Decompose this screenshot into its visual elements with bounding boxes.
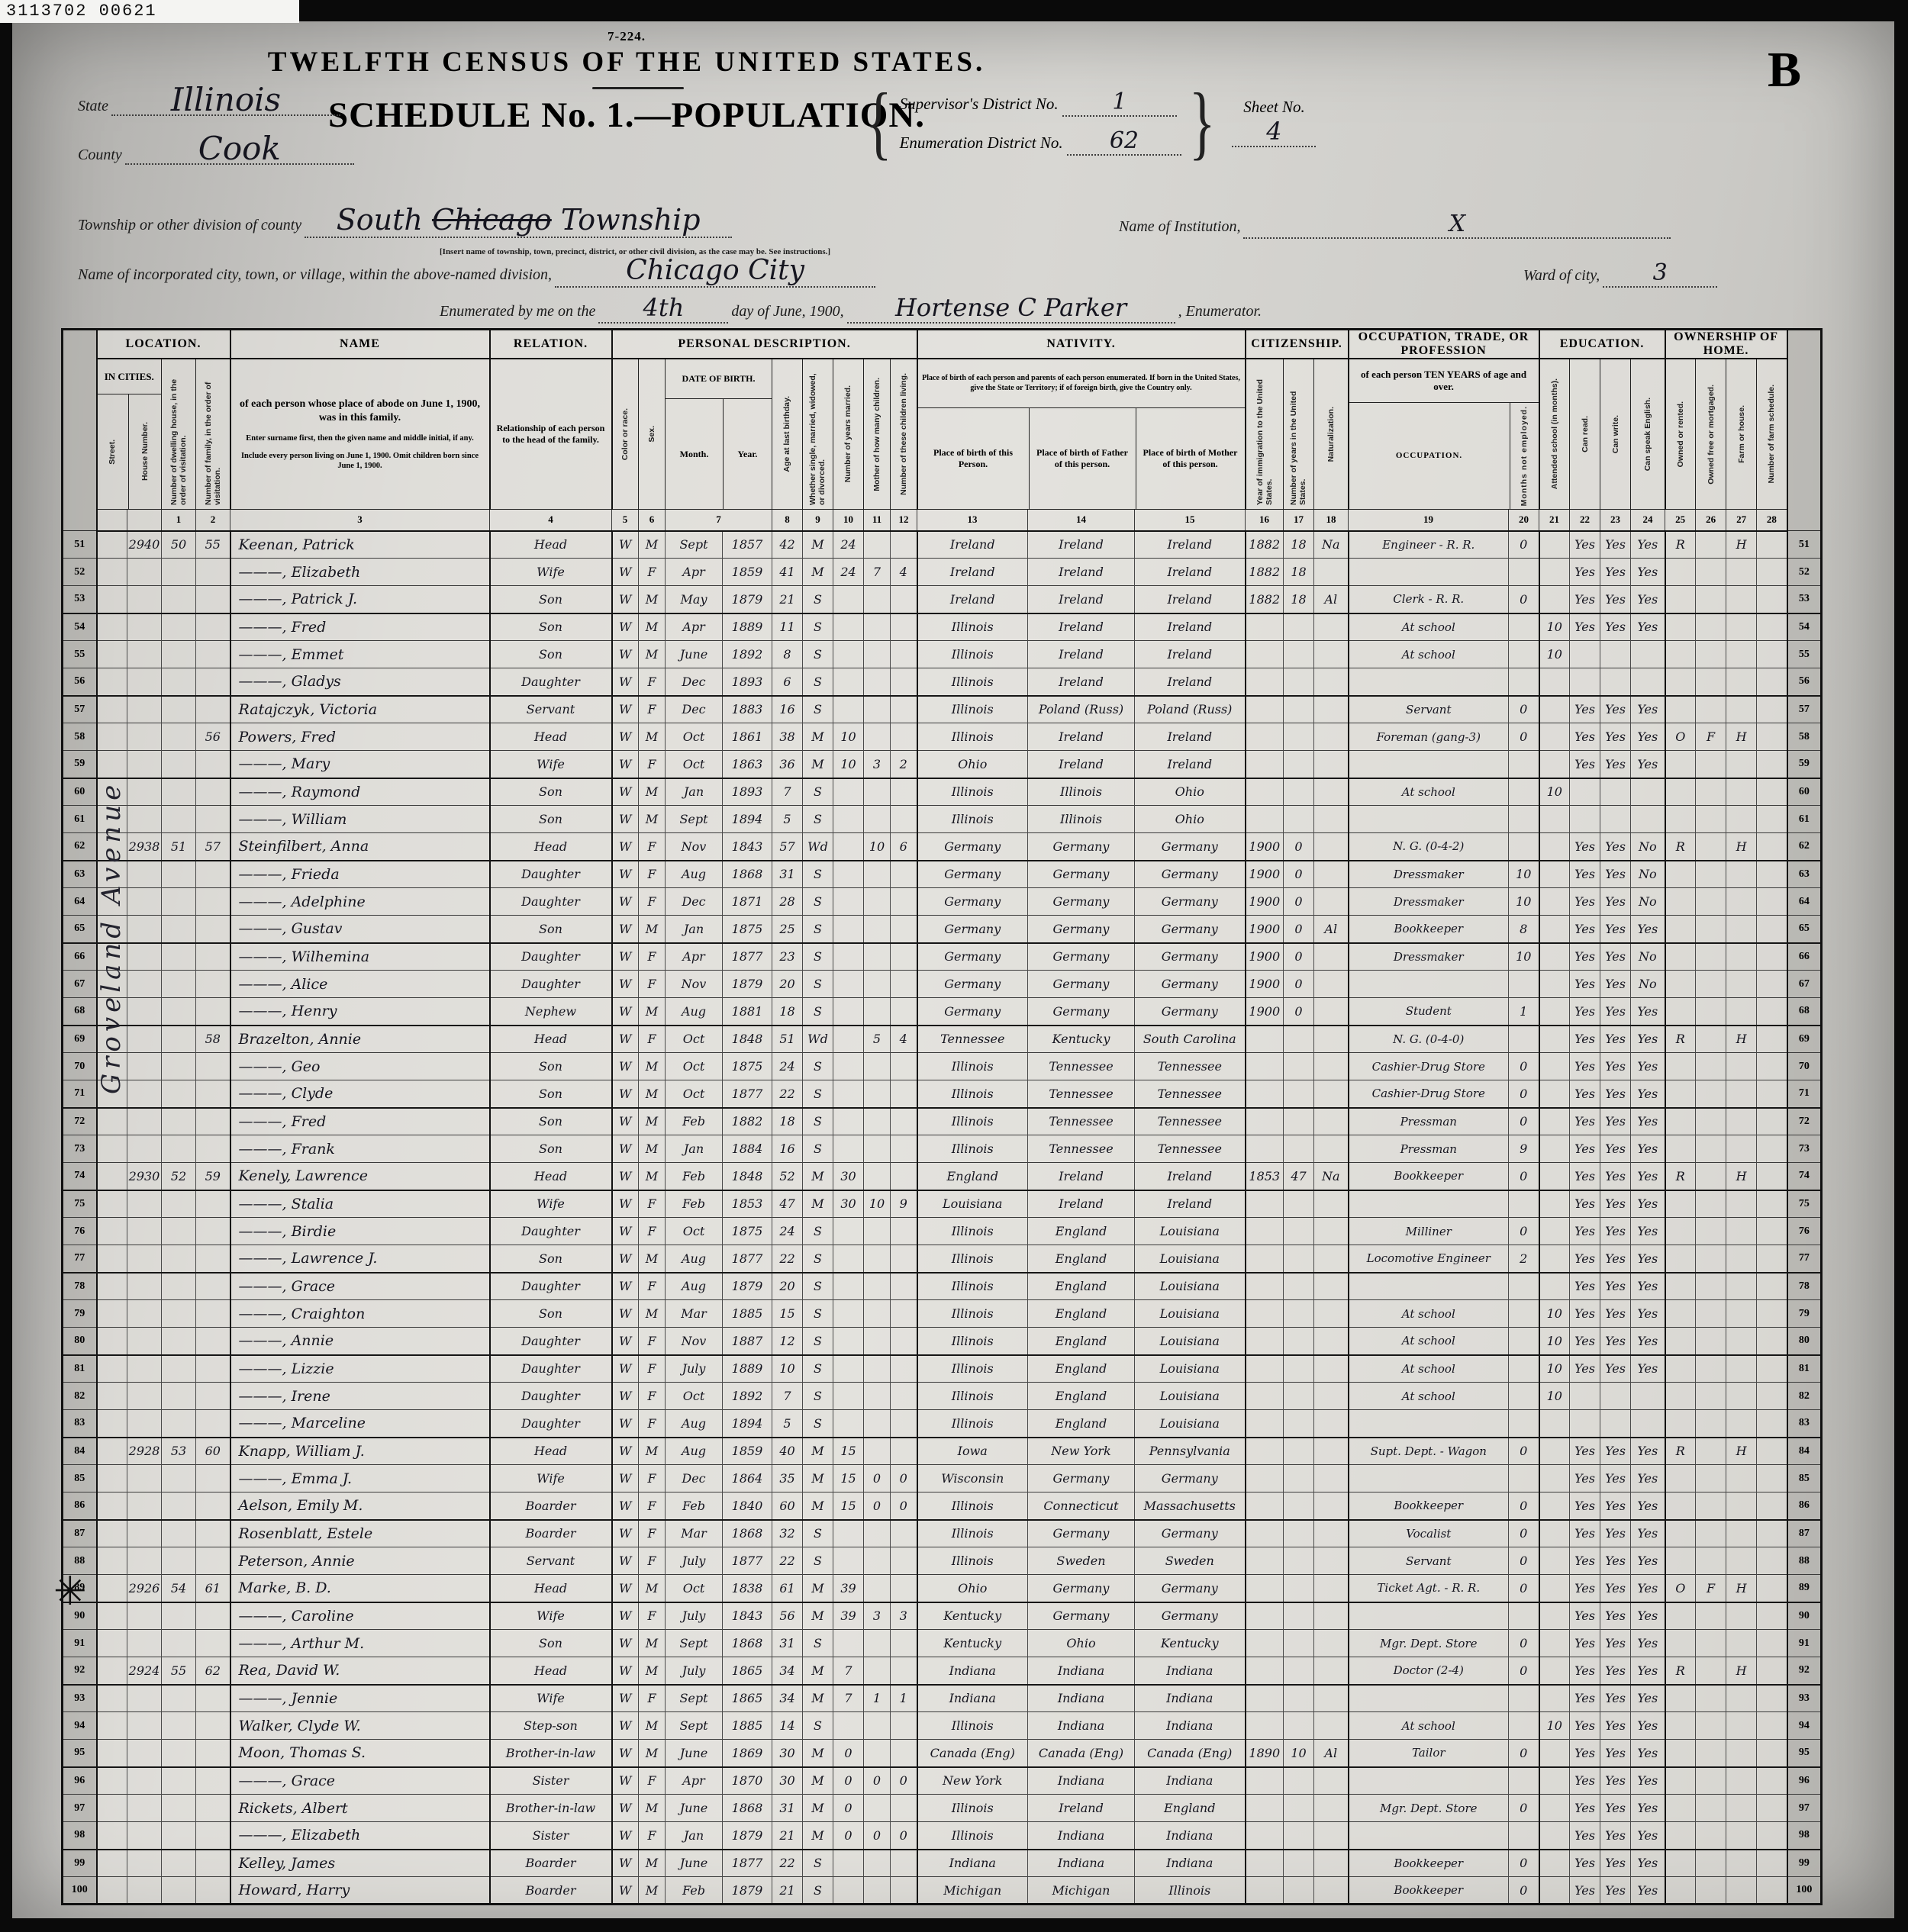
cell-hn bbox=[127, 1547, 162, 1575]
cell-yr: 1893 bbox=[723, 668, 772, 696]
cell-of bbox=[1696, 641, 1726, 668]
cell-yu bbox=[1284, 641, 1314, 668]
row-number-right: 81 bbox=[1787, 1355, 1822, 1383]
cell-yi bbox=[1246, 1547, 1284, 1575]
cell-ym bbox=[833, 1135, 864, 1163]
cell-rl: Daughter bbox=[490, 971, 612, 998]
cell-ow: R bbox=[1665, 1438, 1696, 1465]
cell-yi bbox=[1246, 778, 1284, 806]
cell-en: Yes bbox=[1631, 1300, 1665, 1328]
cell-yr: 1857 bbox=[723, 531, 772, 559]
cell-ym bbox=[833, 1355, 864, 1383]
cell-wr: Yes bbox=[1600, 1465, 1631, 1492]
table-row: 72———, FredSonWMFeb188218SIllinoisTennes… bbox=[63, 1108, 1822, 1135]
cell-yr: 1875 bbox=[723, 916, 772, 943]
supervisor-district-label: Supervisor's District No. bbox=[900, 95, 1059, 113]
name-desc-2: Enter surname first, then the given name… bbox=[239, 433, 482, 443]
page-header: 7-224. TWELFTH CENSUS OF THE UNITED STAT… bbox=[12, 21, 1894, 328]
cell-rc: W bbox=[612, 1547, 639, 1575]
cell-fs bbox=[1757, 1575, 1787, 1602]
cell-ag: 21 bbox=[772, 1877, 803, 1905]
cell-nm: Keenan, Patrick bbox=[230, 531, 490, 559]
cell-mn: 0 bbox=[1509, 586, 1539, 613]
cell-mn bbox=[1509, 751, 1539, 778]
cell-fam bbox=[196, 696, 230, 723]
cell-ym bbox=[833, 1520, 864, 1547]
cell-oc: At school bbox=[1349, 1712, 1509, 1740]
sheet-number-value: 4 bbox=[1266, 117, 1281, 146]
cell-oc: Bookkeeper bbox=[1349, 1163, 1509, 1190]
cell-mo: Oct bbox=[666, 1080, 723, 1108]
cell-rl: Son bbox=[490, 1108, 612, 1135]
group-location: LOCATION. bbox=[97, 330, 230, 359]
cell-cl bbox=[891, 531, 917, 559]
cell-en: Yes bbox=[1631, 1795, 1665, 1822]
cell-ym: 15 bbox=[833, 1438, 864, 1465]
cell-na bbox=[1314, 1465, 1349, 1492]
cell-mn bbox=[1509, 971, 1539, 998]
cell-mo: Sept bbox=[666, 531, 723, 559]
cell-mb bbox=[864, 1657, 891, 1685]
row-number-left: 100 bbox=[63, 1877, 97, 1905]
cell-fh bbox=[1726, 1410, 1757, 1438]
form-number: 7-224. bbox=[12, 29, 1241, 44]
cell-dw bbox=[162, 1026, 196, 1053]
cell-mo: Feb bbox=[666, 1492, 723, 1520]
table-row: 81———, LizzieDaughterWFJuly188910SIllino… bbox=[63, 1355, 1822, 1383]
cell-hn bbox=[127, 1190, 162, 1218]
row-number-right: 80 bbox=[1787, 1328, 1822, 1355]
cell-rc: W bbox=[612, 1740, 639, 1767]
table-row: 91———, Arthur M.SonWMSept186831SKentucky… bbox=[63, 1630, 1822, 1657]
cell-pf: Ireland bbox=[1028, 613, 1135, 641]
cell-rl: Daughter bbox=[490, 1218, 612, 1245]
cell-ms: S bbox=[803, 971, 833, 998]
cell-dw: 54 bbox=[162, 1575, 196, 1602]
cell-ym bbox=[833, 1245, 864, 1273]
row-number-left: 76 bbox=[63, 1218, 97, 1245]
cell-st bbox=[97, 1877, 127, 1905]
cell-fam bbox=[196, 1630, 230, 1657]
cell-rc: W bbox=[612, 1053, 639, 1080]
cell-sx: M bbox=[639, 1850, 666, 1877]
cell-yr: 1877 bbox=[723, 1547, 772, 1575]
cell-cl bbox=[891, 1657, 917, 1685]
cell-nm: ———, Lawrence J. bbox=[230, 1245, 490, 1273]
cell-yu bbox=[1284, 1630, 1314, 1657]
cell-mn: 0 bbox=[1509, 1053, 1539, 1080]
title-divider bbox=[592, 87, 684, 89]
cell-cl bbox=[891, 1795, 917, 1822]
cell-nm: ———, Elizabeth bbox=[230, 559, 490, 586]
cell-yi: 1900 bbox=[1246, 971, 1284, 998]
cell-pb: Illinois bbox=[917, 1053, 1028, 1080]
cell-rc: W bbox=[612, 1245, 639, 1273]
township-label: Township or other division of county bbox=[78, 217, 301, 233]
cell-nm: Powers, Fred bbox=[230, 723, 490, 751]
cell-pf: Germany bbox=[1028, 971, 1135, 998]
cell-sc bbox=[1539, 1850, 1570, 1877]
cell-fs bbox=[1757, 916, 1787, 943]
cell-sc bbox=[1539, 751, 1570, 778]
cell-yu: 10 bbox=[1284, 1740, 1314, 1767]
cell-wr: Yes bbox=[1600, 531, 1631, 559]
cell-pm: Louisiana bbox=[1135, 1300, 1246, 1328]
cell-yi bbox=[1246, 1712, 1284, 1740]
cell-pf: Michigan bbox=[1028, 1877, 1135, 1905]
cell-pf: Germany bbox=[1028, 1465, 1135, 1492]
cell-pf: Ohio bbox=[1028, 1630, 1135, 1657]
cell-mn: 10 bbox=[1509, 861, 1539, 888]
cell-ow bbox=[1665, 1218, 1696, 1245]
cell-rd: Yes bbox=[1570, 1218, 1600, 1245]
cell-na bbox=[1314, 1080, 1349, 1108]
archive-stamp: 3113702 00621 bbox=[0, 0, 299, 23]
cell-yr: 1889 bbox=[723, 1355, 772, 1383]
cell-fh bbox=[1726, 916, 1757, 943]
cell-pb: Illinois bbox=[917, 1822, 1028, 1850]
cell-yu bbox=[1284, 1822, 1314, 1850]
cell-hn bbox=[127, 806, 162, 833]
cell-ag: 31 bbox=[772, 861, 803, 888]
cell-nm: Ratajczyk, Victoria bbox=[230, 696, 490, 723]
cell-mb bbox=[864, 806, 891, 833]
cell-rd: Yes bbox=[1570, 1795, 1600, 1822]
cell-hn bbox=[127, 1135, 162, 1163]
group-education: EDUCATION. bbox=[1539, 330, 1665, 359]
cell-mb bbox=[864, 861, 891, 888]
cell-fam bbox=[196, 1300, 230, 1328]
cell-oc: Milliner bbox=[1349, 1218, 1509, 1245]
cell-hn: 2926 bbox=[127, 1575, 162, 1602]
cell-nm: Moon, Thomas S. bbox=[230, 1740, 490, 1767]
cell-of bbox=[1696, 916, 1726, 943]
cell-yr: 1885 bbox=[723, 1712, 772, 1740]
cell-wr: Yes bbox=[1600, 1053, 1631, 1080]
cell-wr: Yes bbox=[1600, 1630, 1631, 1657]
cell-ow bbox=[1665, 1053, 1696, 1080]
cell-en bbox=[1631, 1410, 1665, 1438]
cell-rl: Daughter bbox=[490, 888, 612, 916]
cell-yu bbox=[1284, 668, 1314, 696]
cell-yi: 1900 bbox=[1246, 943, 1284, 971]
cell-of bbox=[1696, 696, 1726, 723]
cell-yi bbox=[1246, 1410, 1284, 1438]
cell-nm: ———, Elizabeth bbox=[230, 1822, 490, 1850]
cell-fs bbox=[1757, 1767, 1787, 1795]
cell-fam bbox=[196, 586, 230, 613]
cell-mo: Aug bbox=[666, 1273, 723, 1300]
cell-mn: 0 bbox=[1509, 1575, 1539, 1602]
table-row: 88Peterson, AnnieServantWFJuly187722SIll… bbox=[63, 1547, 1822, 1575]
cell-pb: Germany bbox=[917, 888, 1028, 916]
cell-rl: Son bbox=[490, 778, 612, 806]
cell-ym: 0 bbox=[833, 1795, 864, 1822]
cell-ym bbox=[833, 1218, 864, 1245]
cell-yi bbox=[1246, 1877, 1284, 1905]
cell-sx: F bbox=[639, 1465, 666, 1492]
cell-yi bbox=[1246, 1026, 1284, 1053]
cell-dw bbox=[162, 1630, 196, 1657]
cell-rc: W bbox=[612, 1438, 639, 1465]
cell-hn bbox=[127, 943, 162, 971]
cell-dw bbox=[162, 1080, 196, 1108]
cell-na bbox=[1314, 943, 1349, 971]
cell-fs bbox=[1757, 1190, 1787, 1218]
cell-pb: Illinois bbox=[917, 1300, 1028, 1328]
cell-cl bbox=[891, 806, 917, 833]
cell-na: Al bbox=[1314, 586, 1349, 613]
header-can-write: Can write. bbox=[1600, 359, 1631, 510]
cell-fh bbox=[1726, 1877, 1757, 1905]
cell-of: F bbox=[1696, 1575, 1726, 1602]
cell-yr: 1881 bbox=[723, 998, 772, 1026]
cell-yu bbox=[1284, 1850, 1314, 1877]
cell-pm: Ohio bbox=[1135, 806, 1246, 833]
cell-rd: Yes bbox=[1570, 1300, 1600, 1328]
cell-yu bbox=[1284, 1602, 1314, 1630]
cell-sx: M bbox=[639, 1053, 666, 1080]
cell-st bbox=[97, 1520, 127, 1547]
group-personal: PERSONAL DESCRIPTION. bbox=[612, 330, 917, 359]
cell-fs bbox=[1757, 943, 1787, 971]
cell-nm: ———, Geo bbox=[230, 1053, 490, 1080]
cell-ms: S bbox=[803, 1080, 833, 1108]
cell-en: Yes bbox=[1631, 1685, 1665, 1712]
row-number-left: 82 bbox=[63, 1383, 97, 1410]
cell-yr: 1843 bbox=[723, 833, 772, 861]
cell-ms: S bbox=[803, 641, 833, 668]
cell-pb: Ireland bbox=[917, 531, 1028, 559]
cell-yu: 0 bbox=[1284, 943, 1314, 971]
cell-of bbox=[1696, 1053, 1726, 1080]
cell-yr: 1848 bbox=[723, 1026, 772, 1053]
cell-ag: 14 bbox=[772, 1712, 803, 1740]
cell-fh bbox=[1726, 1712, 1757, 1740]
cell-sc bbox=[1539, 971, 1570, 998]
cell-of bbox=[1696, 1712, 1726, 1740]
cell-rd: Yes bbox=[1570, 1026, 1600, 1053]
cell-fam bbox=[196, 1602, 230, 1630]
cell-nm: Kelley, James bbox=[230, 1850, 490, 1877]
cell-pf: Germany bbox=[1028, 833, 1135, 861]
cell-oc bbox=[1349, 1602, 1509, 1630]
cell-pm: Sweden bbox=[1135, 1547, 1246, 1575]
cell-mn: 10 bbox=[1509, 943, 1539, 971]
cell-of: F bbox=[1696, 723, 1726, 751]
cell-fh bbox=[1726, 586, 1757, 613]
cell-mb bbox=[864, 1383, 891, 1410]
cell-ow bbox=[1665, 1355, 1696, 1383]
cell-ow bbox=[1665, 751, 1696, 778]
cell-nm: ———, Fred bbox=[230, 613, 490, 641]
cell-dw bbox=[162, 1547, 196, 1575]
cell-hn bbox=[127, 668, 162, 696]
cell-cl bbox=[891, 1383, 917, 1410]
ward-field: Ward of city, 3 bbox=[1523, 259, 1717, 288]
cell-sx: M bbox=[639, 1438, 666, 1465]
row-number-right: 62 bbox=[1787, 833, 1822, 861]
colnum-name: 3 bbox=[230, 510, 490, 531]
cell-sx: F bbox=[639, 1026, 666, 1053]
cell-rc: W bbox=[612, 998, 639, 1026]
table-row: 56———, GladysDaughterWFDec18936SIllinois… bbox=[63, 668, 1822, 696]
cell-hn bbox=[127, 1877, 162, 1905]
cell-cl bbox=[891, 778, 917, 806]
cell-ow: R bbox=[1665, 531, 1696, 559]
cell-rl: Brother-in-law bbox=[490, 1795, 612, 1822]
cell-ms: S bbox=[803, 998, 833, 1026]
cell-of bbox=[1696, 1355, 1726, 1383]
cell-pf: England bbox=[1028, 1300, 1135, 1328]
colnum-age: 8 bbox=[772, 510, 803, 531]
cell-rd: Yes bbox=[1570, 1740, 1600, 1767]
cell-sc bbox=[1539, 668, 1570, 696]
cell-fs bbox=[1757, 1026, 1787, 1053]
cell-fs bbox=[1757, 1465, 1787, 1492]
cell-mb bbox=[864, 1300, 891, 1328]
cell-st bbox=[97, 1547, 127, 1575]
cell-yi bbox=[1246, 1602, 1284, 1630]
cell-fh bbox=[1726, 1383, 1757, 1410]
cell-fh bbox=[1726, 1520, 1757, 1547]
cell-cl bbox=[891, 1877, 917, 1905]
enumerator-name: Hortense C Parker bbox=[895, 293, 1126, 322]
table-row: 94Walker, Clyde W.Step-sonWMSept188514SI… bbox=[63, 1712, 1822, 1740]
cell-ag: 15 bbox=[772, 1300, 803, 1328]
cell-pf: Germany bbox=[1028, 943, 1135, 971]
cell-fh bbox=[1726, 998, 1757, 1026]
cell-fam: 56 bbox=[196, 723, 230, 751]
cell-st bbox=[97, 1383, 127, 1410]
cell-wr: Yes bbox=[1600, 1822, 1631, 1850]
cell-nm: Aelson, Emily M. bbox=[230, 1492, 490, 1520]
cell-pb: Michigan bbox=[917, 1877, 1028, 1905]
cell-yu bbox=[1284, 1438, 1314, 1465]
cell-ag: 7 bbox=[772, 1383, 803, 1410]
in-cities-label: IN CITIES. bbox=[98, 359, 162, 394]
cell-nm: Brazelton, Annie bbox=[230, 1026, 490, 1053]
colnum-dob: 7 bbox=[666, 510, 772, 531]
cell-fh bbox=[1726, 1465, 1757, 1492]
cell-ms: S bbox=[803, 1108, 833, 1135]
cell-of bbox=[1696, 1795, 1726, 1822]
table-row: 85———, Emma J.WifeWFDec186435M1500Wiscon… bbox=[63, 1465, 1822, 1492]
cell-cl bbox=[891, 1520, 917, 1547]
cell-en: Yes bbox=[1631, 1657, 1665, 1685]
cell-yr: 1893 bbox=[723, 778, 772, 806]
table-row: 65———, GustavSonWMJan187525SGermanyGerma… bbox=[63, 916, 1822, 943]
cell-en: Yes bbox=[1631, 1740, 1665, 1767]
cell-of bbox=[1696, 888, 1726, 916]
cell-fh bbox=[1726, 1190, 1757, 1218]
cell-en: Yes bbox=[1631, 1877, 1665, 1905]
cell-oc: Clerk - R. R. bbox=[1349, 586, 1509, 613]
cell-sc: 10 bbox=[1539, 613, 1570, 641]
cell-yr: 1885 bbox=[723, 1300, 772, 1328]
cell-fs bbox=[1757, 586, 1787, 613]
cell-pm: Tennessee bbox=[1135, 1053, 1246, 1080]
cell-rl: Daughter bbox=[490, 1273, 612, 1300]
cell-ym bbox=[833, 998, 864, 1026]
cell-mo: Jan bbox=[666, 1822, 723, 1850]
cell-yu: 0 bbox=[1284, 888, 1314, 916]
cell-rd: Yes bbox=[1570, 1850, 1600, 1877]
cell-mo: Dec bbox=[666, 668, 723, 696]
cell-nm: ———, Grace bbox=[230, 1273, 490, 1300]
cell-na bbox=[1314, 888, 1349, 916]
cell-dw: 51 bbox=[162, 833, 196, 861]
cell-fh bbox=[1726, 559, 1757, 586]
cell-dw bbox=[162, 1767, 196, 1795]
cell-nm: ———, Frieda bbox=[230, 861, 490, 888]
cell-mb bbox=[864, 1850, 891, 1877]
cell-pm: Germany bbox=[1135, 916, 1246, 943]
row-number-right: 65 bbox=[1787, 916, 1822, 943]
cell-fs bbox=[1757, 1273, 1787, 1300]
table-row: 57Ratajczyk, VictoriaServantWFDec188316S… bbox=[63, 696, 1822, 723]
cell-st bbox=[97, 1657, 127, 1685]
cell-fam bbox=[196, 559, 230, 586]
cell-of bbox=[1696, 778, 1726, 806]
cell-fh bbox=[1726, 1053, 1757, 1080]
row-number-right: 59 bbox=[1787, 751, 1822, 778]
cell-pb: Ireland bbox=[917, 559, 1028, 586]
cell-nm: ———, Clyde bbox=[230, 1080, 490, 1108]
cell-ag: 60 bbox=[772, 1492, 803, 1520]
cell-wr bbox=[1600, 1410, 1631, 1438]
row-number-left: 52 bbox=[63, 559, 97, 586]
header-dob: DATE OF BIRTH. Month. Year. bbox=[666, 359, 772, 510]
cell-oc: At school bbox=[1349, 641, 1509, 668]
cell-rl: Head bbox=[490, 531, 612, 559]
cell-nm: ———, Frank bbox=[230, 1135, 490, 1163]
row-number-right: 96 bbox=[1787, 1767, 1822, 1795]
institution-field: Name of Institution, X bbox=[1119, 211, 1671, 239]
cell-of bbox=[1696, 531, 1726, 559]
cell-na: Al bbox=[1314, 916, 1349, 943]
cell-oc: Engineer - R. R. bbox=[1349, 531, 1509, 559]
cell-hn bbox=[127, 1383, 162, 1410]
cell-sc: 10 bbox=[1539, 778, 1570, 806]
cell-sc bbox=[1539, 861, 1570, 888]
colnum-street bbox=[97, 510, 127, 531]
cell-ow bbox=[1665, 1822, 1696, 1850]
cell-en: Yes bbox=[1631, 1355, 1665, 1383]
cell-mo: Apr bbox=[666, 613, 723, 641]
cell-en: Yes bbox=[1631, 916, 1665, 943]
cell-fh bbox=[1726, 1822, 1757, 1850]
cell-en: Yes bbox=[1631, 751, 1665, 778]
header-owned-rented: Owned or rented. bbox=[1665, 359, 1696, 510]
cell-ym bbox=[833, 1383, 864, 1410]
cell-sc bbox=[1539, 998, 1570, 1026]
cell-rc: W bbox=[612, 1355, 639, 1383]
cell-mn: 8 bbox=[1509, 916, 1539, 943]
cell-pb: Illinois bbox=[917, 1712, 1028, 1740]
cell-pm: Tennessee bbox=[1135, 1135, 1246, 1163]
cell-yu bbox=[1284, 1465, 1314, 1492]
cell-pb: Indiana bbox=[917, 1850, 1028, 1877]
cell-fs bbox=[1757, 1108, 1787, 1135]
row-number-left: 97 bbox=[63, 1795, 97, 1822]
cell-sx: F bbox=[639, 1273, 666, 1300]
cell-ag: 52 bbox=[772, 1163, 803, 1190]
cell-mo: July bbox=[666, 1602, 723, 1630]
cell-na bbox=[1314, 1822, 1349, 1850]
cell-rc: W bbox=[612, 1410, 639, 1438]
cell-ow bbox=[1665, 1300, 1696, 1328]
